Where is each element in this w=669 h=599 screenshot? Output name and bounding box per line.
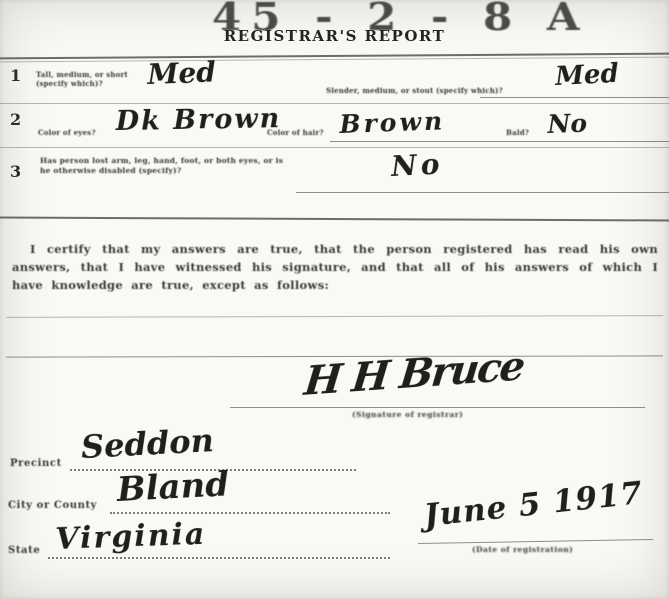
city-county-value: Bland: [116, 464, 230, 510]
signature-caption: (Signature of registrar): [352, 410, 463, 419]
question-3-label-disability: Has person lost arm, leg, hand, foot, or…: [40, 156, 292, 175]
question-2-label-hair: Color of hair?: [267, 128, 324, 137]
precinct-label: Precinct: [10, 459, 62, 468]
state-value: Virginia: [55, 517, 207, 557]
question-3-number: 3: [10, 162, 21, 181]
date-caption: (Date of registration): [472, 545, 573, 554]
question-1-label-stature: Slender, medium, or stout (specify which…: [326, 86, 561, 95]
section-divider-rule: [0, 217, 669, 221]
precinct-value: Seddon: [80, 421, 215, 466]
answer-stature: Med: [554, 59, 619, 92]
answer-hair: Brown: [339, 106, 446, 139]
registration-date-value: June 5 1917: [422, 475, 644, 534]
city-county-label: City or County: [8, 501, 97, 510]
form-title: REGISTRAR'S REPORT: [0, 27, 669, 45]
certification-text: I certify that my answers are true, that…: [12, 240, 658, 294]
row-2-rule: [0, 147, 669, 148]
registrar-report-card: 45 - 2 - 8 A REGISTRAR'S REPORT 1 Tall, …: [0, 0, 669, 599]
date-line: [418, 539, 653, 544]
question-1-label-build: Tall, medium, or short (specify which)?: [36, 70, 144, 88]
question-2-label-bald: Bald?: [506, 128, 529, 137]
question-2-label-eyes: Color of eyes?: [38, 128, 96, 137]
answer-line-stature: [480, 97, 669, 98]
answer-line-hair-bald: [330, 141, 669, 142]
state-line: [48, 557, 390, 559]
answer-line-disability: [296, 192, 669, 193]
question-1-number: 1: [10, 66, 21, 85]
row-1-rule: [0, 103, 669, 104]
signature-line: [230, 407, 645, 408]
answer-bald: No: [547, 109, 588, 139]
exception-line-1: [6, 315, 663, 318]
state-label: State: [8, 546, 40, 555]
answer-disability: No: [390, 147, 444, 183]
answer-build: Med: [147, 56, 217, 91]
question-2-number: 2: [10, 110, 21, 129]
registrar-signature: H H Bruce: [302, 342, 526, 405]
answer-eyes: Dk Brown: [115, 103, 281, 137]
city-county-line: [110, 512, 390, 514]
